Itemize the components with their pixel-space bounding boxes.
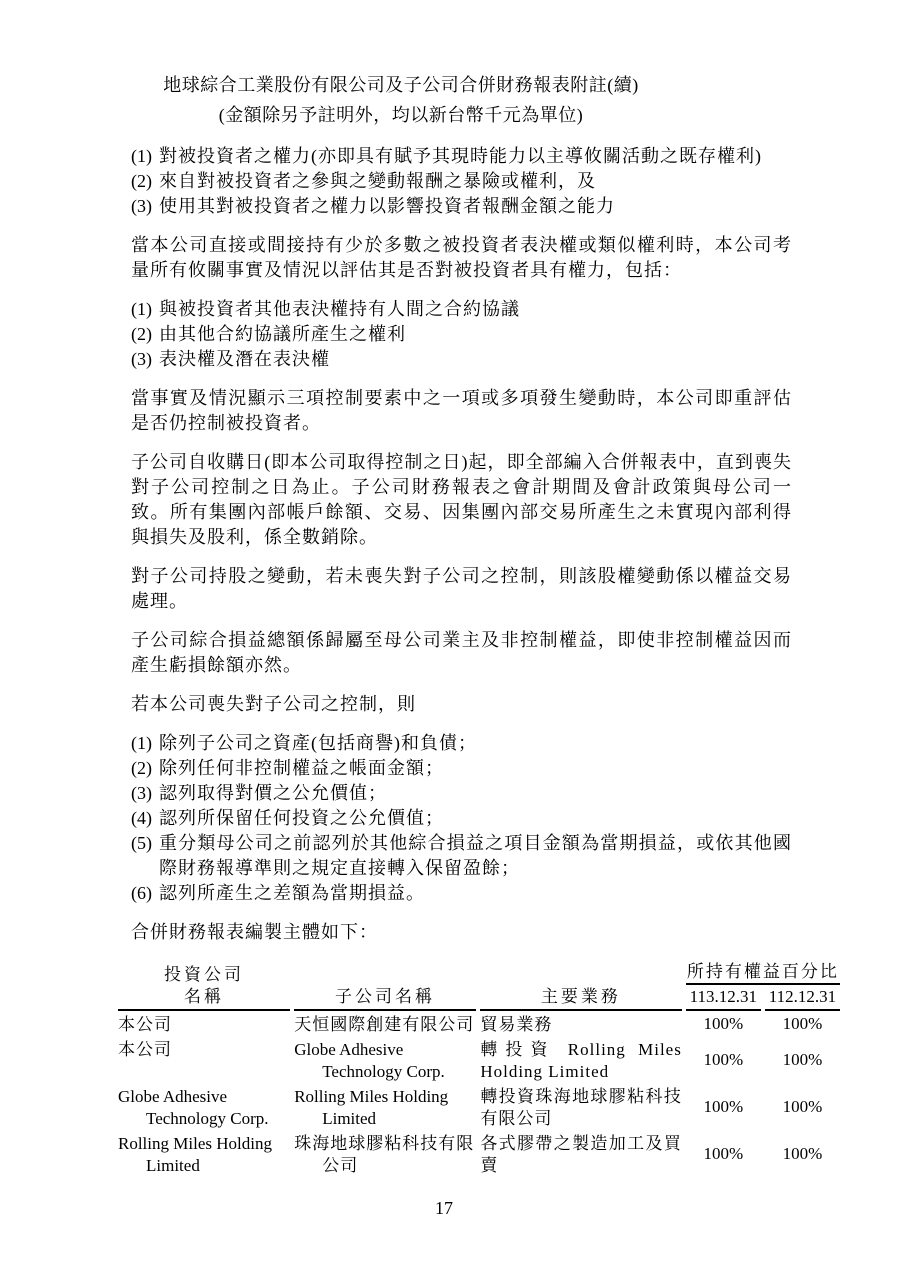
document-title: 地球綜合工業股份有限公司及子公司合併財務報表附註(續) <box>131 70 671 100</box>
ownership-current-cell: 100% <box>686 1130 761 1177</box>
loss-of-control-intro: 若本公司喪失對子公司之控制，則 <box>131 692 792 717</box>
list-item: (5) 重分類母公司之前認列於其他綜合損益之項目金額為當期損益，或依其他國際財務… <box>131 831 792 881</box>
list-item: (3) 表決權及潛在表決權 <box>131 347 792 372</box>
header-spacer <box>294 959 476 985</box>
item-number: (1) <box>131 144 159 169</box>
document-page: 地球綜合工業股份有限公司及子公司合併財務報表附註(續) (金額除另予註明外，均以… <box>0 0 900 1273</box>
period-current-header: 113.12.31 <box>686 985 761 1011</box>
list-item: (4) 認列所保留任何投資之公允價值； <box>131 806 792 831</box>
item-number: (1) <box>131 297 159 322</box>
list-item: (1) 與被投資者其他表決權持有人間之合約協議 <box>131 297 792 322</box>
investor-cell: 本公司 <box>118 1036 290 1083</box>
consolidation-paragraph: 子公司自收購日(即本公司取得控制之日)起，即全部編入合併報表中，直到喪失對子公司… <box>131 450 792 550</box>
reassess-paragraph: 當事實及情況顯示三項控制要素中之一項或多項發生變動時，本公司即重評估是否仍控制被… <box>131 386 792 436</box>
list-item: (1) 對被投資者之權力(亦即具有賦予其現時能力以主導攸關活動之既存權利) <box>131 144 792 169</box>
item-number: (2) <box>131 322 159 347</box>
list-item: (1) 除列子公司之資產(包括商譽)和負債； <box>131 731 792 756</box>
loss-of-control-steps-list: (1) 除列子公司之資產(包括商譽)和負債； (2) 除列任何非控制權益之帳面金… <box>131 731 792 906</box>
list-item: (2) 來自對被投資者之參與之變動報酬之暴險或權利，及 <box>131 169 792 194</box>
header-spacer <box>480 959 682 985</box>
ownership-current-cell: 100% <box>686 1036 761 1083</box>
item-text: 由其他合約協議所產生之權利 <box>159 322 792 347</box>
item-number: (2) <box>131 169 159 194</box>
item-text: 與被投資者其他表決權持有人間之合約協議 <box>159 297 792 322</box>
item-text: 除列任何非控制權益之帳面金額； <box>159 756 792 781</box>
ownership-current-cell: 100% <box>686 1083 761 1130</box>
business-cell: 各式膠帶之製造加工及買賣 <box>480 1130 682 1177</box>
investor-cell: Rolling Miles Holding Limited <box>118 1130 290 1177</box>
item-number: (4) <box>131 806 159 831</box>
list-item: (2) 由其他合約協議所產生之權利 <box>131 322 792 347</box>
ownership-current-cell: 100% <box>686 1011 761 1036</box>
item-number: (5) <box>131 831 159 856</box>
equity-transaction-paragraph: 對子公司持股之變動，若未喪失對子公司之控制，則該股權變動係以權益交易處理。 <box>131 564 792 614</box>
entities-intro-paragraph: 合併財務報表編製主體如下： <box>131 920 792 945</box>
business-cell: 轉投資 Rolling Miles Holding Limited <box>480 1036 682 1083</box>
document-header: 地球綜合工業股份有限公司及子公司合併財務報表附註(續) (金額除另予註明外，均以… <box>131 70 671 130</box>
item-text: 重分類母公司之前認列於其他綜合損益之項目金額為當期損益，或依其他國際財務報導準則… <box>159 831 792 881</box>
table-row: Rolling Miles Holding Limited 珠海地球膠粘科技有限… <box>118 1130 840 1177</box>
table-row: Globe Adhesive Technology Corp. Rolling … <box>118 1083 840 1130</box>
list-item: (6) 認列所產生之差額為當期損益。 <box>131 881 792 906</box>
ownership-prior-cell: 100% <box>765 1083 840 1130</box>
subsidiary-cell: Rolling Miles Holding Limited <box>294 1083 476 1130</box>
table-body: 本公司 天恒國際創建有限公司 貿易業務 100% 100% 本公司 Globe … <box>118 1011 840 1177</box>
table-header-row: 名稱 子公司名稱 主要業務 113.12.31 112.12.31 <box>118 985 840 1011</box>
table-header-group-row: 投資公司 所持有權益百分比 <box>118 959 840 985</box>
minority-voting-paragraph: 當本公司直接或間接持有少於多數之被投資者表決權或類似權利時，本公司考量所有攸關事… <box>131 233 792 283</box>
ownership-prior-cell: 100% <box>765 1011 840 1036</box>
item-text: 認列所產生之差額為當期損益。 <box>159 881 792 906</box>
subsidiary-cell: 珠海地球膠粘科技有限公司 <box>294 1130 476 1177</box>
item-number: (3) <box>131 781 159 806</box>
item-text: 認列所保留任何投資之公允價值； <box>159 806 792 831</box>
period-prior-header: 112.12.31 <box>765 985 840 1011</box>
list-item: (2) 除列任何非控制權益之帳面金額； <box>131 756 792 781</box>
item-text: 認列取得對價之公允價值； <box>159 781 792 806</box>
power-criteria-list: (1) 對被投資者之權力(亦即具有賦予其現時能力以主導攸關活動之既存權利) (2… <box>131 144 792 219</box>
ownership-prior-cell: 100% <box>765 1036 840 1083</box>
item-text: 除列子公司之資產(包括商譽)和負債； <box>159 731 792 756</box>
item-number: (6) <box>131 881 159 906</box>
list-item: (3) 使用其對被投資者之權力以影響投資者報酬金額之能力 <box>131 194 792 219</box>
subsidiary-cell: Globe Adhesive Technology Corp. <box>294 1036 476 1083</box>
item-text: 表決權及潛在表決權 <box>159 347 792 372</box>
page-number: 17 <box>0 1198 888 1219</box>
business-cell: 轉投資珠海地球膠粘科技有限公司 <box>480 1083 682 1130</box>
ownership-group-header: 所持有權益百分比 <box>686 959 840 985</box>
business-cell: 貿易業務 <box>480 1011 682 1036</box>
investor-cell: 本公司 <box>118 1011 290 1036</box>
subsidiary-header: 子公司名稱 <box>294 985 476 1011</box>
item-text: 使用其對被投資者之權力以影響投資者報酬金額之能力 <box>159 194 792 219</box>
currency-unit-note: (金額除另予註明外，均以新台幣千元為單位) <box>131 100 671 130</box>
subsidiary-cell: 天恒國際創建有限公司 <box>294 1011 476 1036</box>
item-number: (1) <box>131 731 159 756</box>
table-row: 本公司 Globe Adhesive Technology Corp. 轉投資 … <box>118 1036 840 1083</box>
business-header: 主要業務 <box>480 985 682 1011</box>
list-item: (3) 認列取得對價之公允價值； <box>131 781 792 806</box>
investor-header-top: 投資公司 <box>118 959 290 985</box>
entity-table: 投資公司 所持有權益百分比 名稱 子公司名稱 主要業務 113.12.31 11… <box>118 959 840 1177</box>
item-number: (2) <box>131 756 159 781</box>
considerations-list: (1) 與被投資者其他表決權持有人間之合約協議 (2) 由其他合約協議所產生之權… <box>131 297 792 372</box>
item-number: (3) <box>131 347 159 372</box>
item-number: (3) <box>131 194 159 219</box>
investor-header: 名稱 <box>118 985 290 1011</box>
ownership-prior-cell: 100% <box>765 1130 840 1177</box>
table-row: 本公司 天恒國際創建有限公司 貿易業務 100% 100% <box>118 1011 840 1036</box>
item-text: 來自對被投資者之參與之變動報酬之暴險或權利，及 <box>159 169 792 194</box>
document-content: 地球綜合工業股份有限公司及子公司合併財務報表附註(續) (金額除另予註明外，均以… <box>131 70 792 1177</box>
item-text: 對被投資者之權力(亦即具有賦予其現時能力以主導攸關活動之既存權利) <box>159 144 792 169</box>
comprehensive-income-paragraph: 子公司綜合損益總額係歸屬至母公司業主及非控制權益，即使非控制權益因而產生虧損餘額… <box>131 628 792 678</box>
investor-cell: Globe Adhesive Technology Corp. <box>118 1083 290 1130</box>
